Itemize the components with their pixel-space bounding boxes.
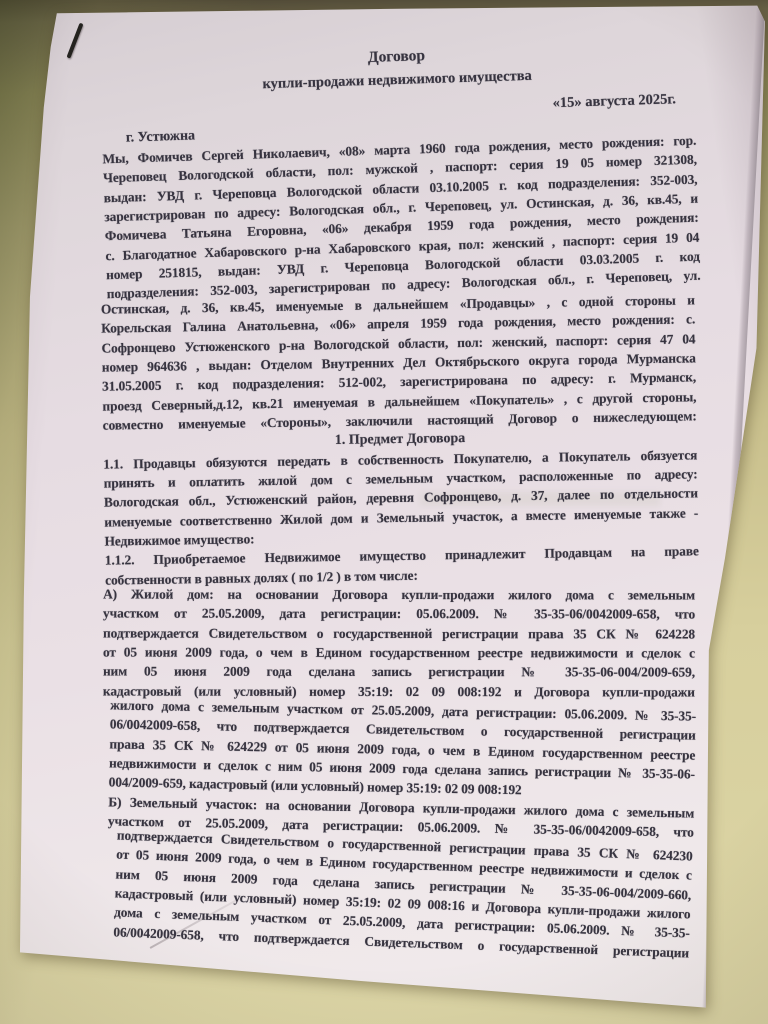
text-block-mid: А) Жилой дом: на основании Договора купл…	[103, 584, 695, 701]
text-line: от 05 июня 2009 года, о чем в Едином гос…	[103, 642, 695, 662]
text-block-bottom: подтверждается Свидетельством о государс…	[113, 826, 693, 963]
staple-mark	[66, 23, 83, 59]
contract-text: Договор купли-продажи недвижимого имущес…	[103, 46, 697, 952]
text-line: участком от 25.05.2009, дата регистрации…	[103, 604, 695, 624]
text-line: подтверждается Свидетельством о государс…	[103, 623, 695, 643]
desk-surface: Договор купли-продажи недвижимого имущес…	[0, 0, 768, 1024]
text-block-upper-mid: Остинская, д. 36, кв.45, именуемые в дал…	[101, 290, 699, 589]
text-line: А) Жилой дом: на основании Договора купл…	[103, 584, 695, 604]
text-block-lower-mid: жилого дома с земельным участком от 25.0…	[108, 695, 696, 842]
page-stack-edge	[701, 8, 765, 1017]
text-block-top: Договор купли-продажи недвижимого имущес…	[99, 37, 701, 304]
photo-of-document: Договор купли-продажи недвижимого имущес…	[0, 0, 768, 1024]
text-line: ним 05 июня 2009 года сделана запись рег…	[103, 662, 695, 682]
contract-page: Договор купли-продажи недвижимого имущес…	[0, 0, 768, 1024]
